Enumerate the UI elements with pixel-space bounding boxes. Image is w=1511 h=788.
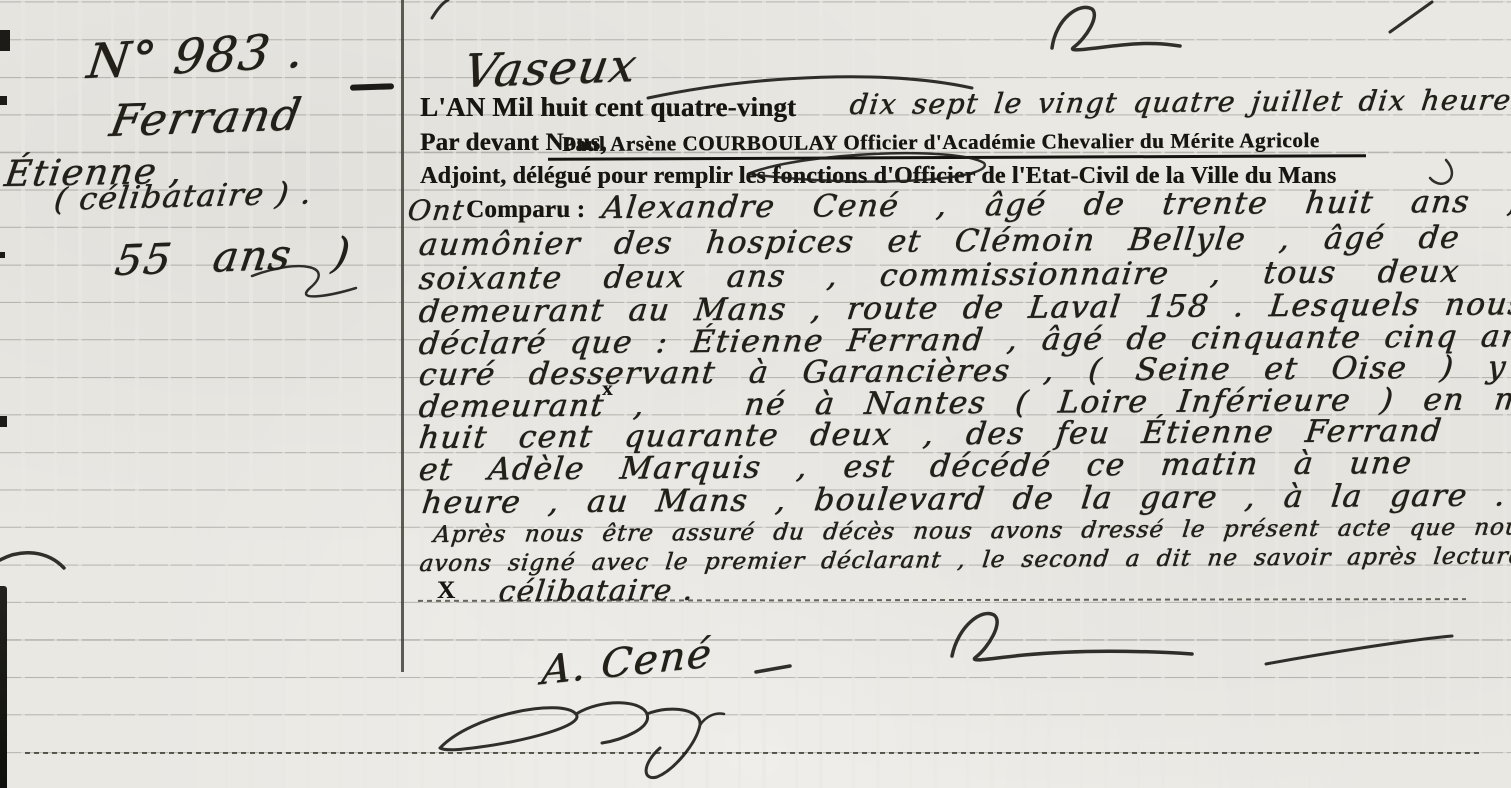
officer-name-stamp: Paul Arsène COURBOULAY Officier d'Académ… <box>562 128 1320 157</box>
margin-surname: Ferrand <box>106 89 306 147</box>
footnote-x-mark: X <box>437 577 455 605</box>
body-line: heure , au Mans , boulevard de la gare ,… <box>420 477 1508 521</box>
scan-edge-mark <box>0 96 7 105</box>
printed-year-line: L'AN Mil huit cent quatre-vingt <box>420 92 796 123</box>
scan-edge-mark <box>0 30 10 51</box>
interlinear-x-mark: x <box>602 376 613 401</box>
margin-act-number: N° 983 . <box>84 23 308 90</box>
margin-age: 55 ans ) <box>112 228 354 285</box>
death-register-scan: N° 983 . Ferrand Étienne , ( célibataire… <box>0 0 1511 788</box>
appeared-printed: Comparu : <box>466 196 585 224</box>
margin-divider-rule <box>401 0 404 672</box>
scan-edge-mark <box>0 416 7 427</box>
header-annotation: Vaseux <box>460 38 641 98</box>
appeared-handwritten-prefix: Ont <box>406 194 467 227</box>
form-dotted-line-bottom <box>25 752 1480 754</box>
scan-edge-band <box>0 586 7 788</box>
footnote-text: célibataire . <box>497 573 696 608</box>
margin-marital-status: ( célibataire ) . <box>52 175 315 218</box>
scan-edge-mark <box>0 252 5 258</box>
handwritten-year-line: dix sept le vingt quatre juillet dix heu… <box>848 82 1511 121</box>
